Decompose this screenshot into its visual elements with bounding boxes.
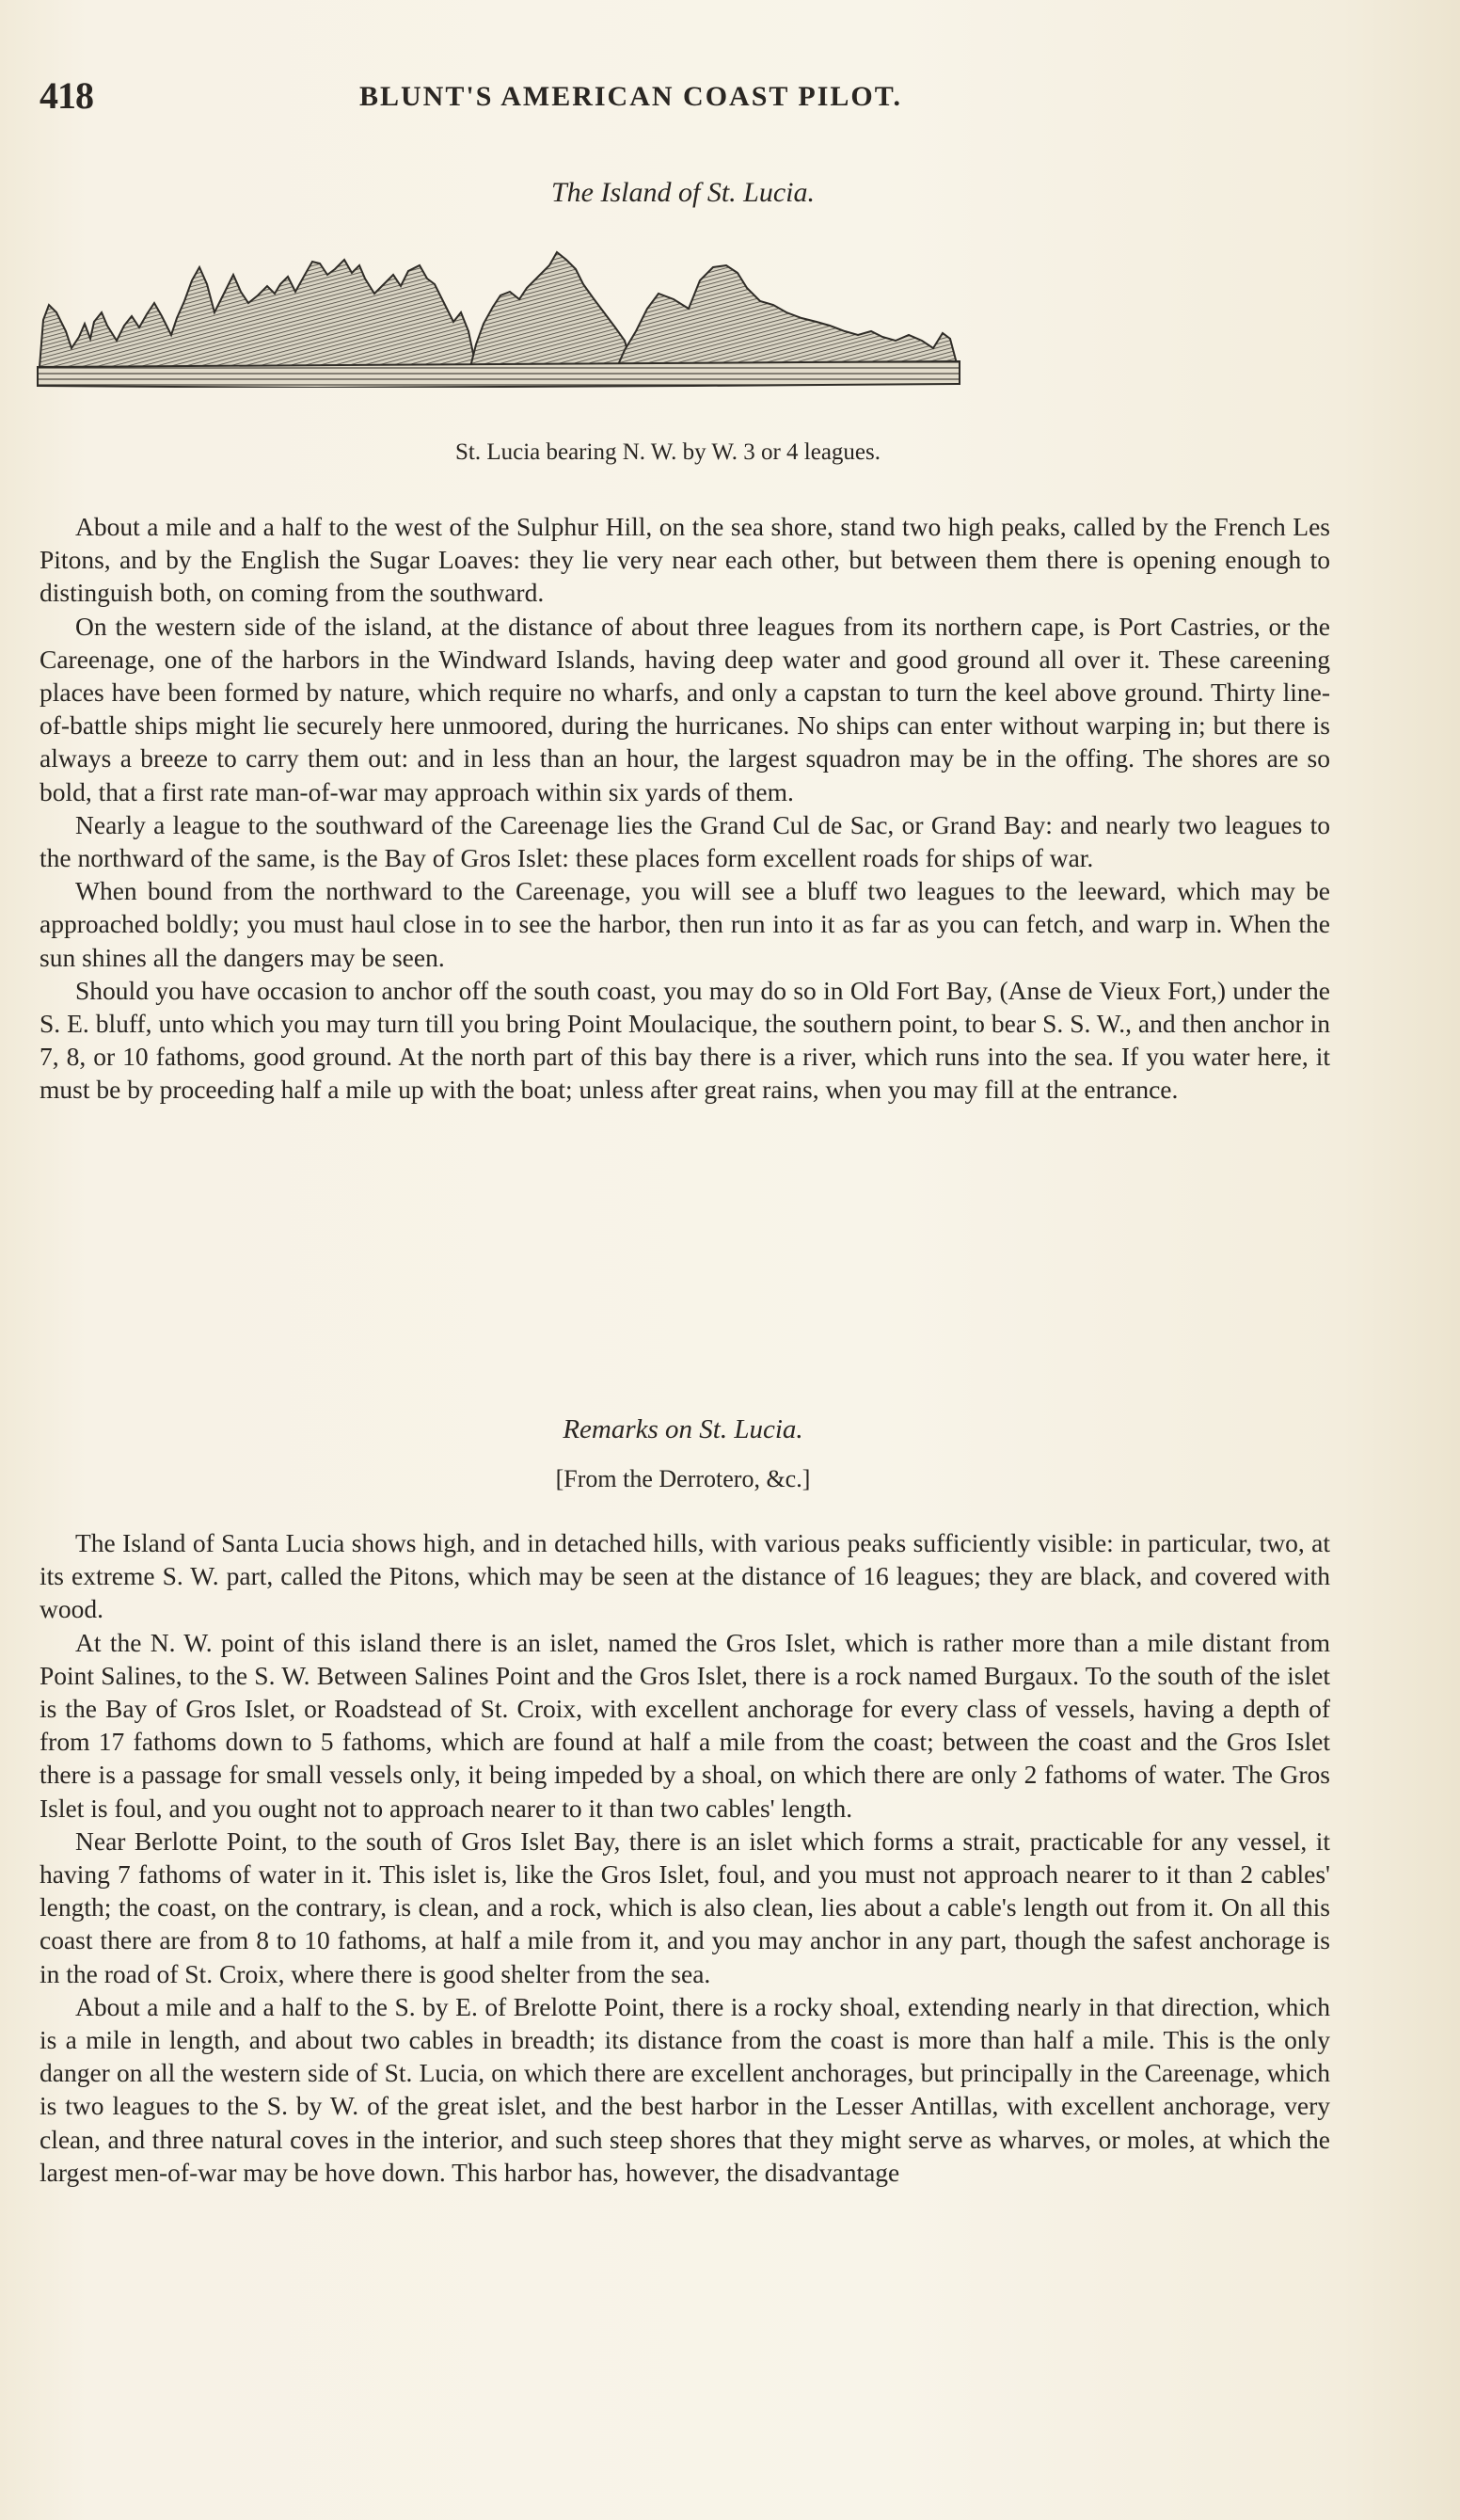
section-title: Remarks on St. Lucia.: [0, 1414, 1366, 1445]
body-text-section-1: About a mile and a half to the west of t…: [40, 510, 1330, 1107]
paragraph: Nearly a league to the southward of the …: [40, 808, 1330, 874]
figure-caption: St. Lucia bearing N. W. by W. 3 or 4 lea…: [0, 439, 1336, 466]
coastline-profile-illustration: [34, 247, 1370, 388]
paragraph: About a mile and a half to the S. by E. …: [40, 1990, 1330, 2189]
paragraph: The Island of Santa Lucia shows high, an…: [40, 1526, 1330, 1626]
running-title: BLUNT'S AMERICAN COAST PILOT.: [359, 81, 902, 113]
paragraph: About a mile and a half to the west of t…: [40, 510, 1330, 610]
paragraph: When bound from the northward to the Car…: [40, 874, 1330, 974]
paragraph: On the western side of the island, at th…: [40, 610, 1330, 808]
page-number: 418: [40, 73, 93, 118]
paragraph: Near Berlotte Point, to the south of Gro…: [40, 1825, 1330, 1990]
running-head: 418 BLUNT'S AMERICAN COAST PILOT.: [40, 73, 1328, 120]
section-source: [From the Derrotero, &c.]: [0, 1465, 1366, 1493]
figure-title: The Island of St. Lucia.: [0, 177, 1366, 209]
book-page: 418 BLUNT'S AMERICAN COAST PILOT. The Is…: [0, 0, 1460, 2520]
paragraph: Should you have occasion to anchor off t…: [40, 974, 1330, 1107]
paragraph: At the N. W. point of this island there …: [40, 1626, 1330, 1825]
body-text-section-2: The Island of Santa Lucia shows high, an…: [40, 1526, 1330, 2189]
